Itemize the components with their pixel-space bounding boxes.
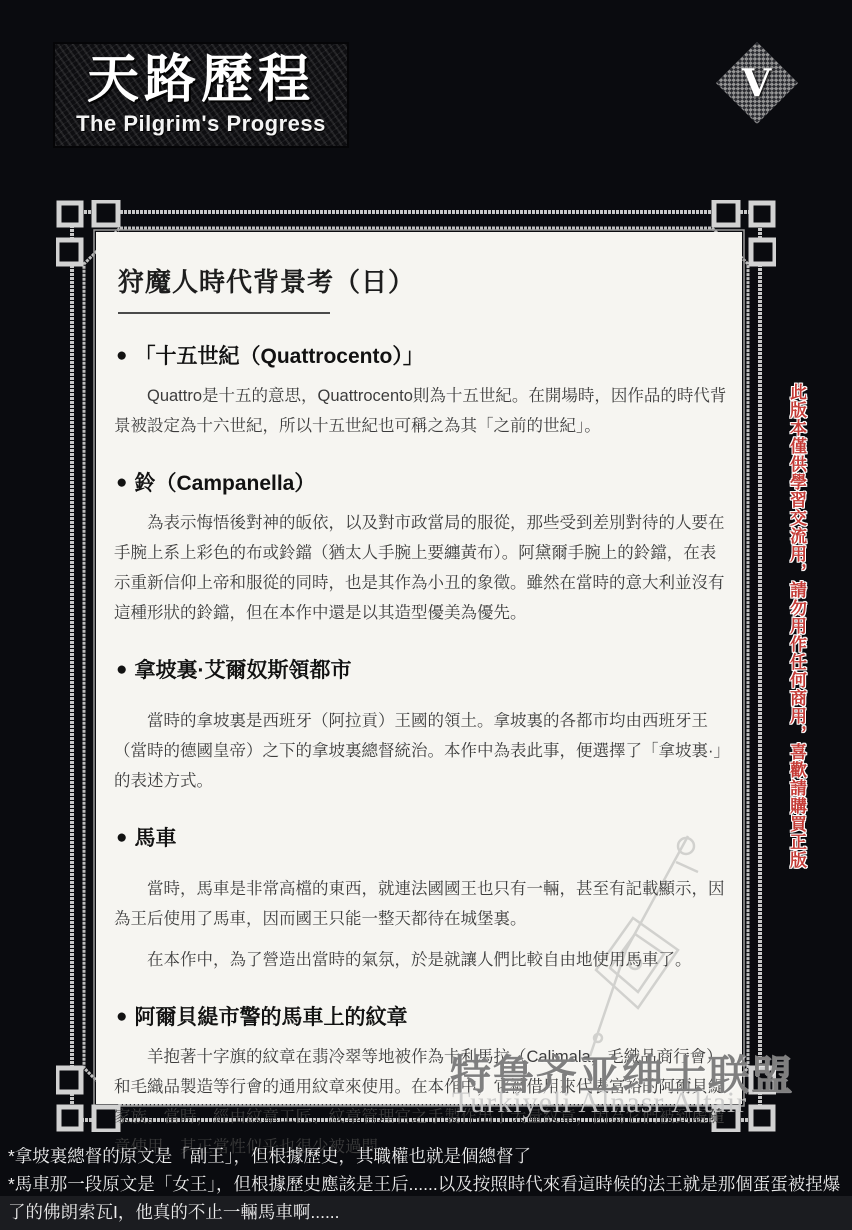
section-heading-text: 「十五世紀（Quattrocento）」 <box>134 340 423 370</box>
section-campanella: ● 鈴（Campanella） 為表示悔悟後對神的皈依，以及對市政當局的服從，那… <box>114 467 730 628</box>
footnote: *拿坡裏總督的原文是「副王」，但根據歷史，其職權也就是個總督了 <box>8 1142 846 1170</box>
series-logo-title-zh: 天路歷程 <box>87 54 315 106</box>
notes-content: 狩魔人時代背景考（日） ● 「十五世紀（Quattrocento）」 Quatt… <box>96 232 742 1104</box>
bullet-icon: ● <box>116 1007 127 1026</box>
volume-badge: V <box>716 42 798 124</box>
bullet-icon: ● <box>116 828 127 847</box>
title-underline <box>118 312 330 314</box>
section-napoli: ● 拿坡裏·艾爾奴斯領都市 當時的拿坡裏是西班牙（阿拉貢）王國的領土。拿坡裏的各… <box>114 654 730 796</box>
section-heading-text: 馬車 <box>134 822 176 852</box>
footnote: *馬車那一段原文是「女王」，但根據歷史應該是王后......以及按照時代來看這時… <box>8 1170 846 1226</box>
series-logo-title-en: The Pilgrim's Progress <box>76 111 326 137</box>
section-heading: ● 拿坡裏·艾爾奴斯領都市 <box>116 654 730 684</box>
section-heading-text: 拿坡裏·艾爾奴斯領都市 <box>134 654 351 684</box>
scan-page: 天路歷程 The Pilgrim's Progress V <box>0 0 852 1230</box>
translator-footnotes: *拿坡裏總督的原文是「副王」，但根據歷史，其職權也就是個總督了 *馬車那一段原文… <box>8 1142 846 1226</box>
section-paragraph: 為表示悔悟後對神的皈依，以及對市政當局的服從，那些受到差別對待的人要在手腕上系上… <box>114 508 730 628</box>
bullet-icon: ● <box>116 473 127 492</box>
bullet-icon: ● <box>116 660 127 679</box>
section-heading: ● 馬車 <box>116 822 730 852</box>
section-paragraph: 在本作中，為了營造出當時的氣氛，於是就讓人們比較自由地使用馬車了。 <box>114 945 730 975</box>
notes-frame: 狩魔人時代背景考（日） ● 「十五世紀（Quattrocento）」 Quatt… <box>56 200 776 1132</box>
section-heading: ● 阿爾貝緹市警的馬車上的紋章 <box>116 1001 730 1031</box>
section-heading-text: 鈴（Campanella） <box>134 467 315 497</box>
bullet-icon: ● <box>116 346 127 365</box>
section-heading-text: 阿爾貝緹市警的馬車上的紋章 <box>134 1001 407 1031</box>
section-heading: ● 鈴（Campanella） <box>116 467 730 497</box>
section-heading: ● 「十五世紀（Quattrocento）」 <box>116 340 730 370</box>
section-paragraph: 當時，馬車是非常高檔的東西，就連法國國王也只有一輛，甚至有記載顯示，因為王后使用… <box>114 874 730 934</box>
piracy-disclaimer-vertical: 此版本僅供學習交流用，請勿用作任何商用，喜歡請購買正版 <box>784 383 809 869</box>
group-watermark-en: Turkiyeli Alnasr Altair <box>452 1086 747 1120</box>
section-carriage: ● 馬車 當時，馬車是非常高檔的東西，就連法國國王也只有一輛，甚至有記載顯示，因… <box>114 822 730 975</box>
series-logo: 天路歷程 The Pilgrim's Progress <box>55 44 347 146</box>
page-title: 狩魔人時代背景考（日） <box>118 262 730 299</box>
section-quattrocento: ● 「十五世紀（Quattrocento）」 Quattro是十五的意思，Qua… <box>114 340 730 441</box>
section-paragraph: Quattro是十五的意思，Quattrocento則為十五世紀。在開場時，因作… <box>114 381 730 441</box>
volume-number: V <box>742 60 771 105</box>
section-paragraph: 當時的拿坡裏是西班牙（阿拉貢）王國的領土。拿坡裏的各都市均由西班牙王（當時的德國… <box>114 706 730 796</box>
